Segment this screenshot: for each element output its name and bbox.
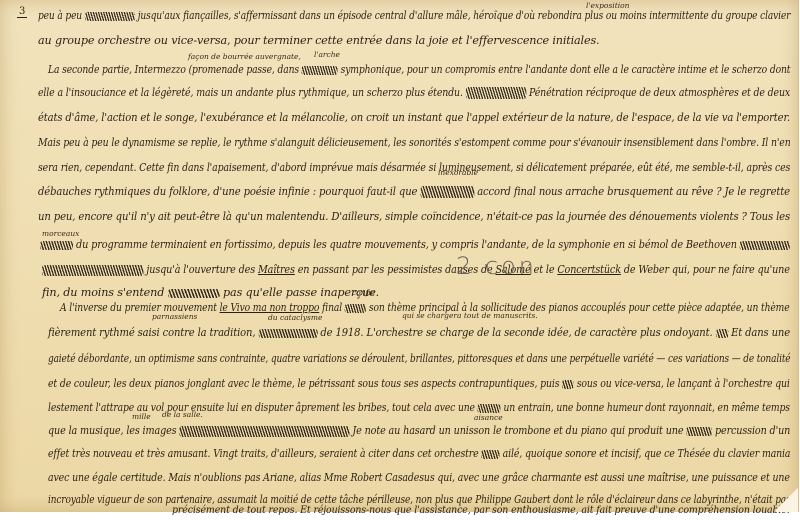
crossed-out-word bbox=[42, 265, 143, 276]
manuscript-line-12: fin, du moins s'entend pas qu'elle passe… bbox=[42, 286, 379, 299]
line-text: un entrain, une bonne humeur dont rayonn… bbox=[503, 401, 789, 414]
insertion: l'exposition bbox=[586, 1, 629, 10]
insertion: confie bbox=[352, 288, 375, 297]
manuscript-line-9: un peu, encore qu'il n'y ait peut-être l… bbox=[38, 210, 790, 223]
insertion: de la salle. bbox=[162, 410, 203, 419]
crossed-out-word bbox=[258, 329, 317, 338]
underlined-title: Maîtres bbox=[258, 263, 295, 276]
line-text: symphonique, pour un compromis entre l'a… bbox=[341, 63, 791, 76]
crossed-out-word bbox=[85, 12, 135, 21]
crossed-out-word bbox=[179, 426, 349, 437]
line-text: Je note au hasard un unisson le trombone… bbox=[352, 424, 683, 437]
line-text: fièrement rythmé bbox=[48, 326, 135, 339]
insertion: du cataclysme bbox=[268, 313, 322, 322]
insertion: mille bbox=[132, 412, 151, 421]
line-text: de 1918. L'orchestre se charge de la sec… bbox=[320, 326, 712, 339]
insertion: inexorable bbox=[438, 168, 478, 177]
crossed-out-word bbox=[466, 87, 526, 99]
manuscript-line-8: débauches rythmiques du folklore, d'une … bbox=[38, 185, 790, 198]
line-text: Et dans une bbox=[731, 326, 790, 339]
crossed-out-word bbox=[478, 404, 501, 413]
manuscript-line-16: et de couleur, les deux pianos jonglant … bbox=[48, 377, 790, 390]
manuscript-line-4: elle a l'insouciance et la légèreté, mai… bbox=[38, 86, 790, 99]
crossed-out-word bbox=[686, 427, 712, 436]
insertion: aisance bbox=[474, 413, 503, 422]
line-text: plus ou moins intermittente du groupe cl… bbox=[584, 9, 790, 22]
manuscript-line-3: La seconde partie, Intermezzo (promenade… bbox=[48, 63, 790, 76]
line-text: ailé, quoique sonore et incisif, que ce … bbox=[503, 447, 791, 460]
underlined-title: Concertstück bbox=[557, 263, 621, 276]
line-text: jusqu'à l'ouverture des bbox=[146, 263, 255, 276]
manuscript-line-19: effet très nouveau et très amusant. Ving… bbox=[48, 447, 790, 460]
line-text: percussion d'un bbox=[715, 424, 790, 437]
insertion: morceaux bbox=[42, 229, 79, 238]
line-text: saisi bbox=[138, 326, 160, 339]
line-text: que la musique, les images bbox=[48, 424, 176, 437]
insertion: parnassiens bbox=[152, 312, 197, 321]
insertion: qui se chargera tout de manuscrits. bbox=[402, 311, 538, 320]
manuscript-line-2: au groupe orchestre ou vice-versa, pour … bbox=[38, 34, 599, 47]
line-text: peu à peu bbox=[38, 9, 82, 22]
line-text: lestement l'attrape au vol pour ensuite … bbox=[48, 401, 475, 414]
crossed-out-word bbox=[562, 380, 574, 389]
manuscript-line-15: gaieté débordante, un optimisme sans con… bbox=[48, 352, 790, 365]
insertion: l'arche bbox=[314, 50, 340, 59]
line-text: effet très nouveau et très amusant. Ving… bbox=[48, 447, 479, 460]
manuscript-line-11: jusqu'à l'ouverture des Maîtres en passa… bbox=[42, 263, 790, 276]
crossed-out-word bbox=[168, 289, 220, 298]
manuscript-line-18: que la musique, les images Je note au ha… bbox=[48, 424, 790, 437]
manuscript-line-5: états d'âme, l'action et le songe, l'exu… bbox=[38, 111, 790, 124]
manuscript-line-1: peu à peu jusqu'aux fiançailles, s'affer… bbox=[38, 9, 790, 22]
line-text: elle a l'insouciance et la légèreté, mai… bbox=[38, 86, 463, 99]
manuscript-line-22: précisément de tout repos. Et réjouisson… bbox=[172, 504, 790, 516]
line-text: de Weber qui, pour ne faire qu'une bbox=[624, 263, 790, 276]
crossed-out-word bbox=[716, 329, 729, 338]
crossed-out-word bbox=[345, 304, 366, 313]
line-text: La seconde partie, Intermezzo bbox=[48, 63, 186, 76]
crossed-out-word bbox=[481, 450, 499, 459]
manuscript-line-20: avec une égale certitude. Mais n'oublion… bbox=[48, 471, 790, 484]
pencil-annotation: 2 con bbox=[456, 252, 537, 280]
crossed-out-word bbox=[40, 241, 73, 250]
manuscript-line-10: du programme terminaient en fortissimo, … bbox=[40, 238, 790, 251]
line-text: contre la tradition, bbox=[163, 326, 256, 339]
line-text: Pénétration réciproque de deux atmosphèr… bbox=[529, 86, 790, 99]
line-text: final bbox=[322, 301, 342, 314]
line-text: jusqu'aux fiançailles, s'affermissant da… bbox=[138, 9, 582, 22]
line-text: accord final nous arrache brusquement au… bbox=[477, 185, 790, 198]
line-text: du programme terminaient en fortissimo, … bbox=[76, 238, 737, 251]
manuscript-line-14: fièrement rythmé saisi contre la traditi… bbox=[48, 326, 790, 339]
page-number: 3 bbox=[17, 6, 27, 18]
crossed-out-word bbox=[740, 241, 790, 250]
line-text: sous ou vice-versa, le lançant à l'orche… bbox=[577, 377, 790, 390]
manuscript-page: 3 peu à peu jusqu'aux fiançailles, s'aff… bbox=[0, 0, 799, 512]
line-text: (promenade passe, dans bbox=[189, 63, 299, 76]
manuscript-line-7: sera rien, cependant. Cette fin dans l'a… bbox=[38, 161, 790, 174]
insertion: façon de bourrée auvergnate, bbox=[188, 52, 301, 61]
crossed-out-word bbox=[420, 186, 474, 198]
manuscript-line-17: lestement l'attrape au vol pour ensuite … bbox=[48, 401, 790, 414]
manuscript-line-6: Mais peu à peu le dynamisme se replie, l… bbox=[38, 136, 791, 149]
line-text: fin, du moins s'entend bbox=[42, 286, 164, 299]
line-text: débauches rythmiques du folklore, d'une … bbox=[38, 185, 417, 198]
line-text: et de couleur, les deux pianos jonglant … bbox=[48, 377, 559, 390]
crossed-out-word bbox=[302, 66, 338, 75]
